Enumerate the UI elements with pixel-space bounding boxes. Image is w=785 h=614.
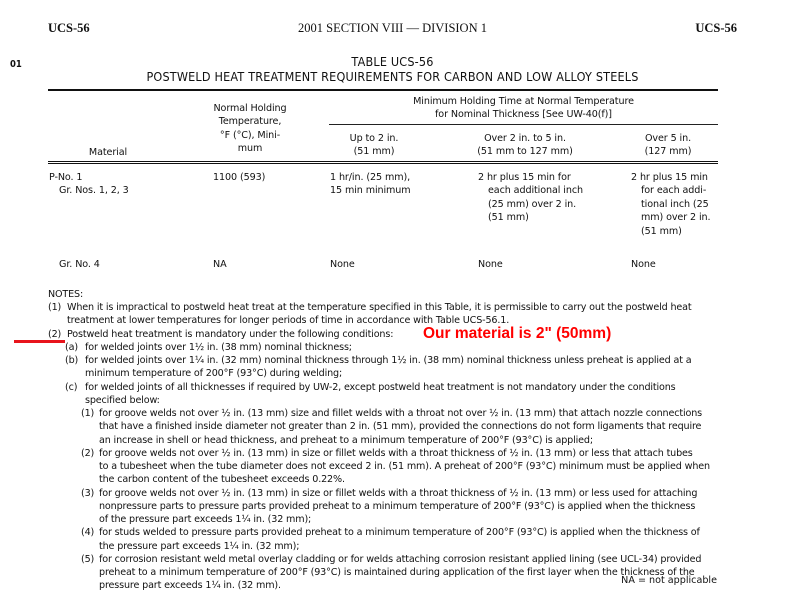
note-text: an increase in shell or head thickness, … (99, 434, 593, 447)
table-top-rule (48, 89, 718, 91)
cell-line: (25 mm) over 2 in. (478, 198, 583, 211)
header-line: Over 5 in. (618, 132, 718, 145)
header-line: Up to 2 in. (329, 132, 419, 145)
table-row-gr4-material: Gr. No. 4 (49, 258, 100, 271)
revision-mark: 01 (10, 59, 22, 70)
note-text: that have a finished inside diameter not… (99, 420, 701, 433)
note-text: pressure part exceeds 1¼ in. (32 mm). (99, 579, 281, 592)
note-label: (5) (81, 553, 94, 566)
table-row-gr4-over-5: None (631, 258, 656, 271)
column-header-material: Material (48, 146, 168, 159)
cell-line: 1 hr/in. (25 mm), (330, 171, 411, 184)
note-text: Postweld heat treatment is mandatory und… (67, 328, 393, 341)
column-header-2-to-5-in: Over 2 in. to 5 in. (51 mm to 127 mm) (460, 132, 590, 159)
note-label: (1) (48, 301, 61, 314)
column-header-over-5-in: Over 5 in. (127 mm) (618, 132, 718, 159)
note-text: for groove welds not over ½ in. (13 mm) … (99, 447, 693, 460)
note-text: for studs welded to pressure parts provi… (99, 526, 700, 539)
cell-line: for each addi- (631, 184, 710, 197)
note-text: for groove welds not over ½ in. (13 mm) … (99, 487, 697, 500)
note-text: nonpressure parts to pressure parts prov… (99, 500, 695, 513)
table-row-gr4-up-to-2: None (330, 258, 355, 271)
header-line: (51 mm to 127 mm) (460, 145, 590, 158)
note-text: of the pressure part exceeds 1¼ in. (32 … (99, 513, 311, 526)
header-bottom-rule-1 (48, 161, 718, 162)
note-label: (b) (65, 354, 78, 367)
note-text: for welded joints over 1¼ in. (32 mm) no… (85, 354, 691, 367)
header-line: (51 mm) (329, 145, 419, 158)
note-text: preheat to a minimum temperature of 200°… (99, 566, 695, 579)
table-row-gr4-2-to-5: None (478, 258, 503, 271)
cell-line: 2 hr plus 15 min for (478, 171, 583, 184)
table-row-pno1-up-to-2: 1 hr/in. (25 mm), 15 min minimum (330, 171, 411, 198)
header-bottom-rule-2 (48, 163, 718, 164)
cell-line: Gr. Nos. 1, 2, 3 (49, 184, 129, 197)
header-line: (127 mm) (618, 145, 718, 158)
column-header-up-to-2-in: Up to 2 in. (51 mm) (329, 132, 419, 159)
note-text: minimum temperature of 200°F (93°C) duri… (85, 367, 342, 380)
note-label: (2) (81, 447, 94, 460)
holding-group-line: for Nominal Thickness [See UW-40(f)] (329, 108, 718, 121)
na-legend: NA = not applicable (621, 575, 717, 586)
temperature-header-line: mum (190, 142, 310, 155)
page-header-right: UCS-56 (695, 21, 737, 36)
table-row-pno1-material: P-No. 1 Gr. Nos. 1, 2, 3 (49, 171, 129, 198)
cell-line: 2 hr plus 15 min (631, 171, 710, 184)
note-label: (1) (81, 407, 94, 420)
note-text: for corrosion resistant weld metal overl… (99, 553, 701, 566)
note-text: the pressure part exceeds 1¼ in. (32 mm)… (99, 540, 299, 553)
cell-line: (51 mm) (478, 211, 583, 224)
table-row-gr4-temperature: NA (213, 258, 227, 271)
note-text: When it is impractical to postweld heat … (67, 301, 691, 314)
column-group-header-holding-time: Minimum Holding Time at Normal Temperatu… (329, 95, 718, 122)
note-text: the carbon content of the tubesheet exce… (99, 473, 345, 486)
table-row-pno1-temperature: 1100 (593) (213, 171, 265, 184)
table-title: TABLE UCS-56 (39, 54, 746, 69)
note-text: for welded joints of all thicknesses if … (85, 381, 676, 394)
column-header-temperature: Normal Holding Temperature, °F (°C), Min… (190, 102, 310, 156)
note-label: (3) (81, 487, 94, 500)
note-label: (2) (48, 328, 61, 341)
temperature-header-line: Temperature, (190, 115, 310, 128)
group-header-rule (329, 124, 718, 125)
notes-list: (1)When it is impractical to postweld he… (48, 301, 738, 581)
cell-line: each additional inch (478, 184, 583, 197)
cell-line: mm) over 2 in. (631, 211, 710, 224)
holding-group-line: Minimum Holding Time at Normal Temperatu… (329, 95, 718, 108)
cell-line: tional inch (25 (631, 198, 710, 211)
page-header-center: 2001 SECTION VIII — DIVISION 1 (0, 21, 785, 36)
note-text: to a tubesheet when the tube diameter do… (99, 460, 710, 473)
notes-heading: NOTES: (48, 288, 738, 301)
note-label: (a) (65, 341, 78, 354)
table-subtitle: POSTWELD HEAT TREATMENT REQUIREMENTS FOR… (39, 69, 746, 84)
note-text: specified below: (85, 394, 160, 407)
note-label: (c) (65, 381, 77, 394)
annotation-callout: Our material is 2" (50mm) (423, 325, 611, 343)
note-text: for welded joints over 1½ in. (38 mm) no… (85, 341, 352, 354)
cell-line: P-No. 1 (49, 171, 129, 184)
cell-line: 15 min minimum (330, 184, 411, 197)
temperature-header-line: °F (°C), Mini- (190, 129, 310, 142)
temperature-header-line: Normal Holding (190, 102, 310, 115)
header-line: Over 2 in. to 5 in. (460, 132, 590, 145)
annotation-pointer-line (14, 340, 65, 343)
note-text: for groove welds not over ½ in. (13 mm) … (99, 407, 702, 420)
cell-line: (51 mm) (631, 225, 710, 238)
table-row-pno1-2-to-5: 2 hr plus 15 min for each additional inc… (478, 171, 583, 225)
table-row-pno1-over-5: 2 hr plus 15 min for each addi- tional i… (631, 171, 710, 238)
note-label: (4) (81, 526, 94, 539)
